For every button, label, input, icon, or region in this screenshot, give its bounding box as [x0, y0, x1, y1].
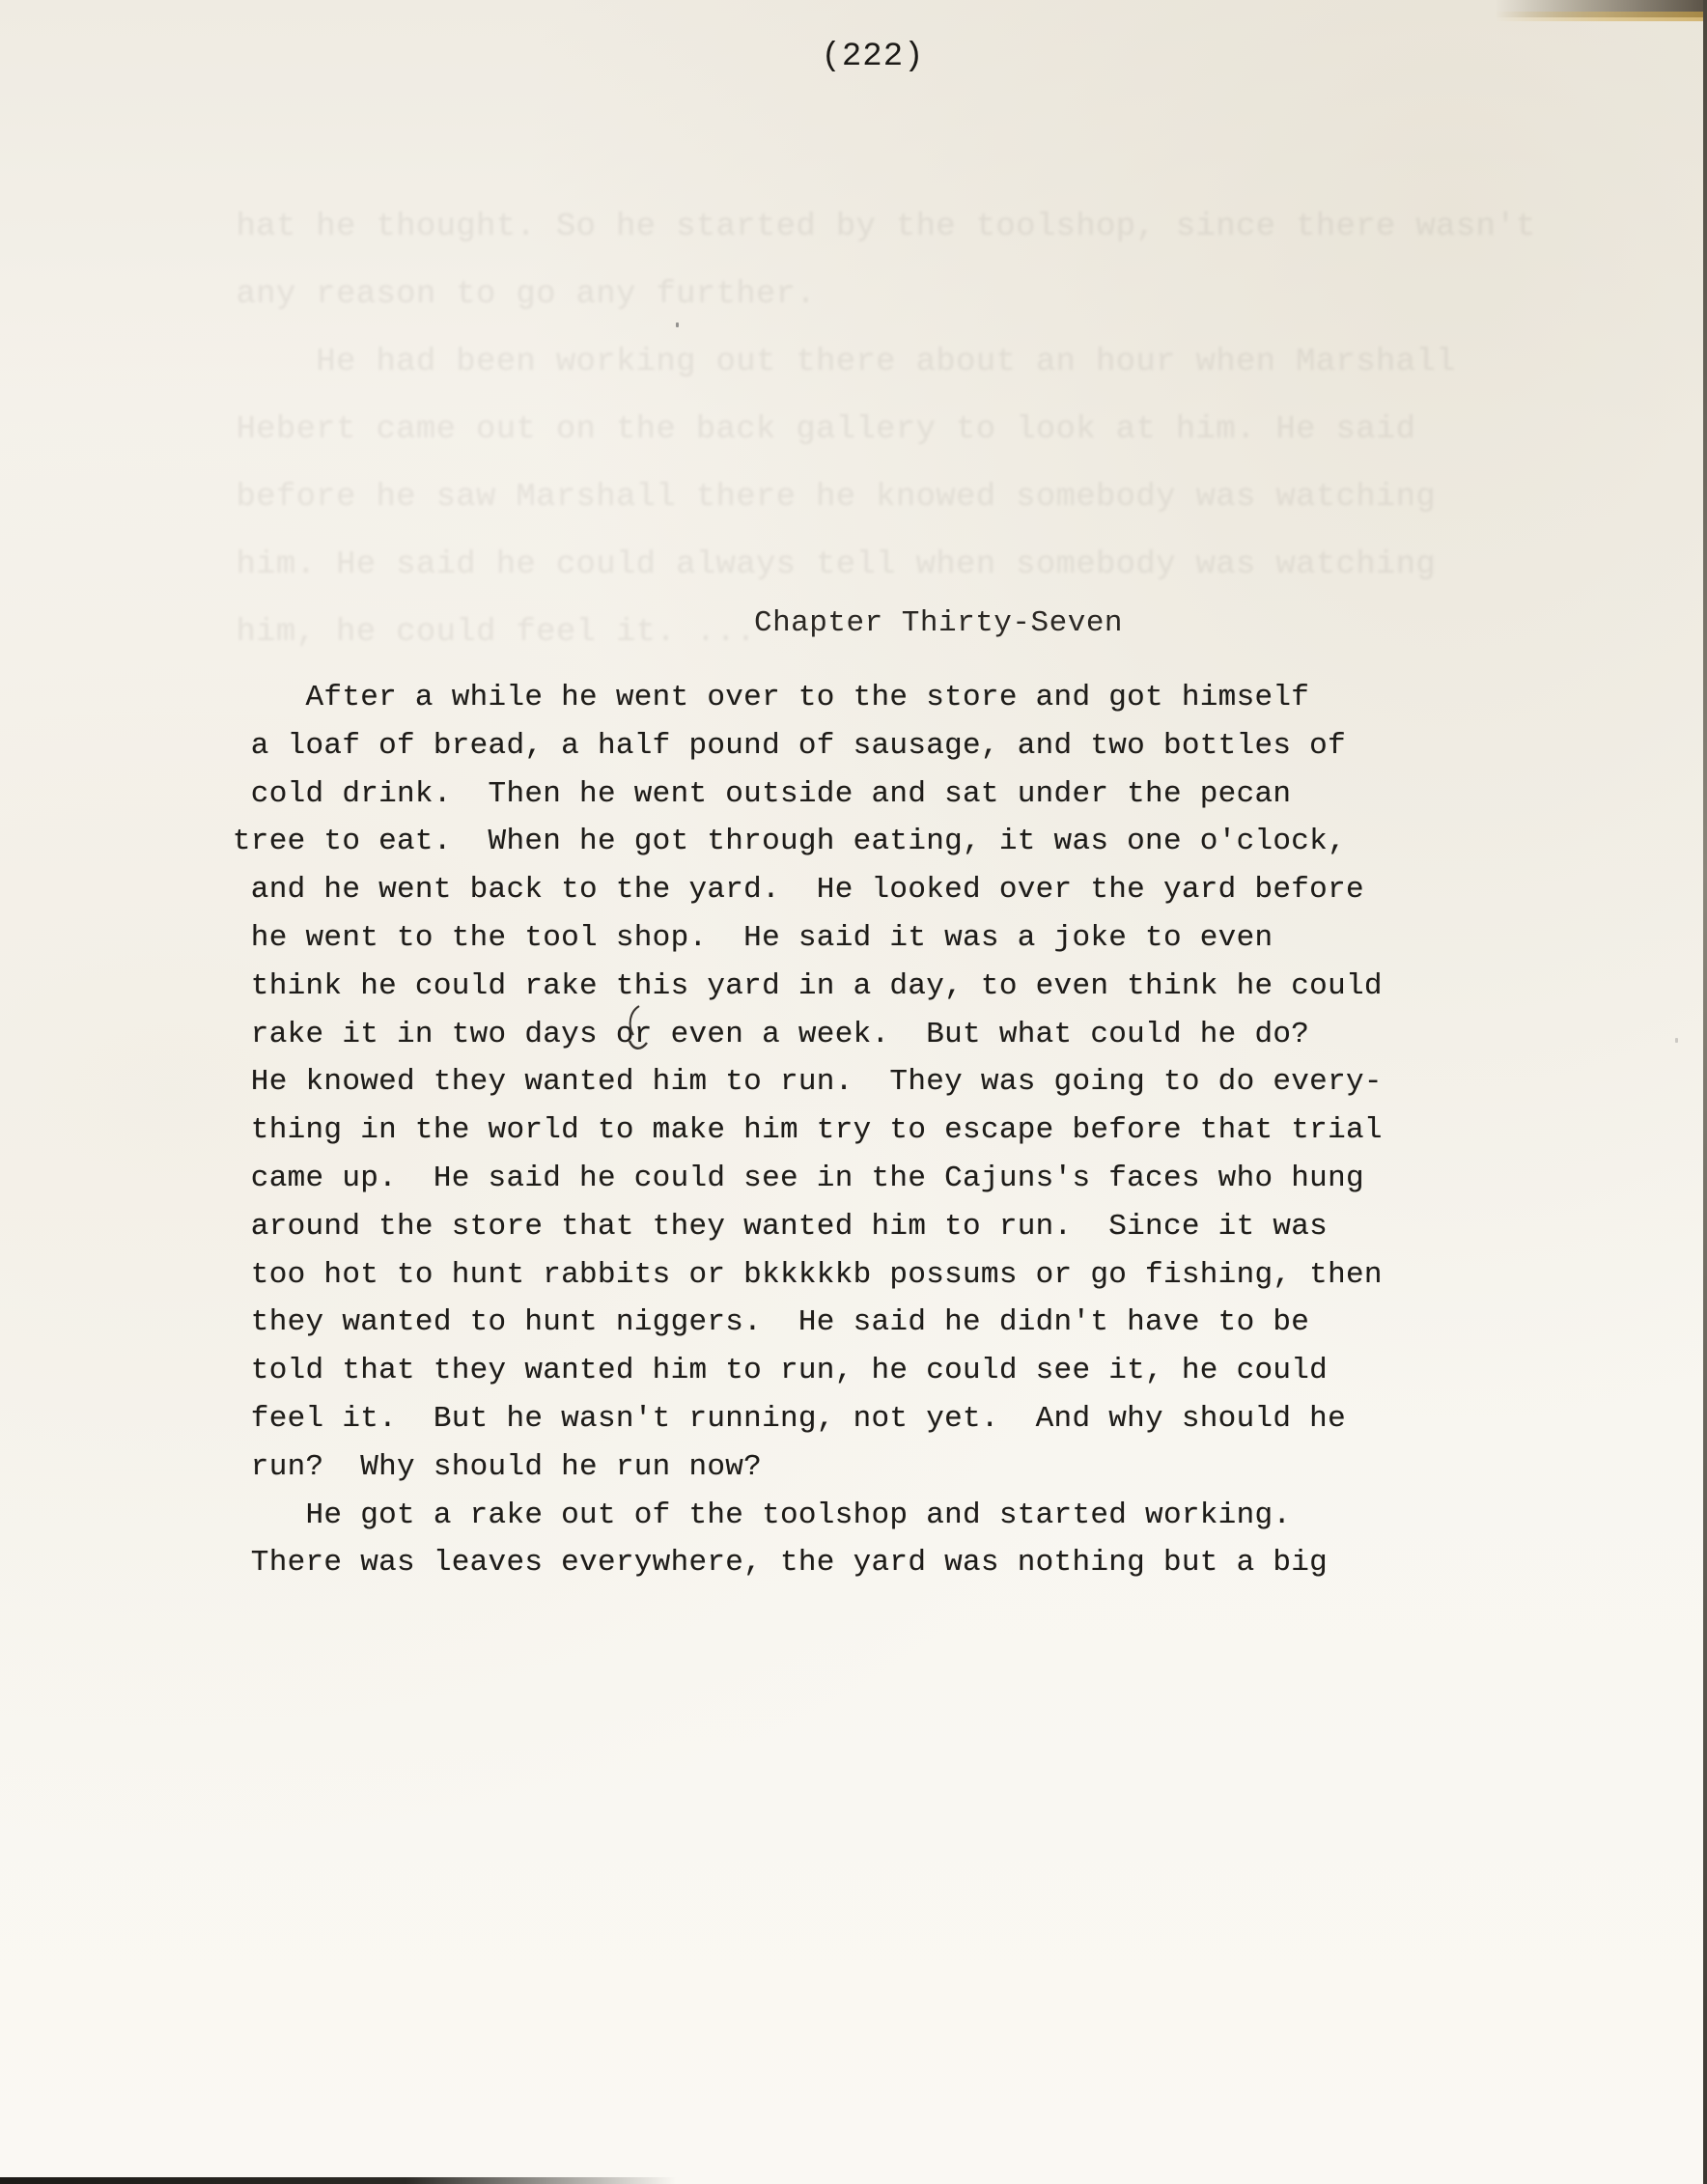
text-line: around the store that they wanted him to… — [214, 1203, 1585, 1251]
text-line: After a while he went over to the store … — [214, 674, 1585, 722]
scan-edge-right — [1703, 0, 1707, 2184]
scan-edge-bottom-left — [0, 2177, 676, 2184]
text-line: feel it. But he wasn't running, not yet.… — [214, 1395, 1585, 1443]
text-line: came up. He said he could see in the Caj… — [214, 1155, 1585, 1203]
text-line: run? Why should he run now? — [214, 1443, 1585, 1492]
text-line: they wanted to hunt niggers. He said he … — [214, 1299, 1585, 1347]
text-line: thing in the world to make him try to es… — [214, 1106, 1585, 1155]
chapter-title: Chapter Thirty-Seven — [0, 606, 1707, 640]
text-line: He knowed they wanted him to run. They w… — [214, 1058, 1585, 1106]
text-line: There was leaves everywhere, the yard wa… — [214, 1539, 1585, 1587]
scan-edge-top-right — [1495, 0, 1707, 17]
text-line: rake it in two days or even a week. But … — [214, 1011, 1585, 1059]
text-line: tree to eat. When he got through eating,… — [214, 818, 1585, 866]
paper-speck — [676, 322, 679, 327]
text-line: he went to the tool shop. He said it was… — [214, 914, 1585, 963]
text-line: too hot to hunt rabbits or bkkkkkb possu… — [214, 1251, 1585, 1300]
text-line: and he went back to the yard. He looked … — [214, 866, 1585, 914]
text-line: cold drink. Then he went outside and sat… — [214, 770, 1585, 819]
text-line: a loaf of bread, a half pound of sausage… — [214, 722, 1585, 770]
body-text: After a while he went over to the store … — [214, 674, 1585, 1587]
text-line: told that they wanted him to run, he cou… — [214, 1347, 1585, 1395]
text-line: He got a rake out of the toolshop and st… — [214, 1492, 1585, 1540]
text-line: think he could rake this yard in a day, … — [214, 963, 1585, 1011]
page-number: (222) — [0, 39, 1707, 75]
paper-speck — [1675, 1038, 1678, 1043]
